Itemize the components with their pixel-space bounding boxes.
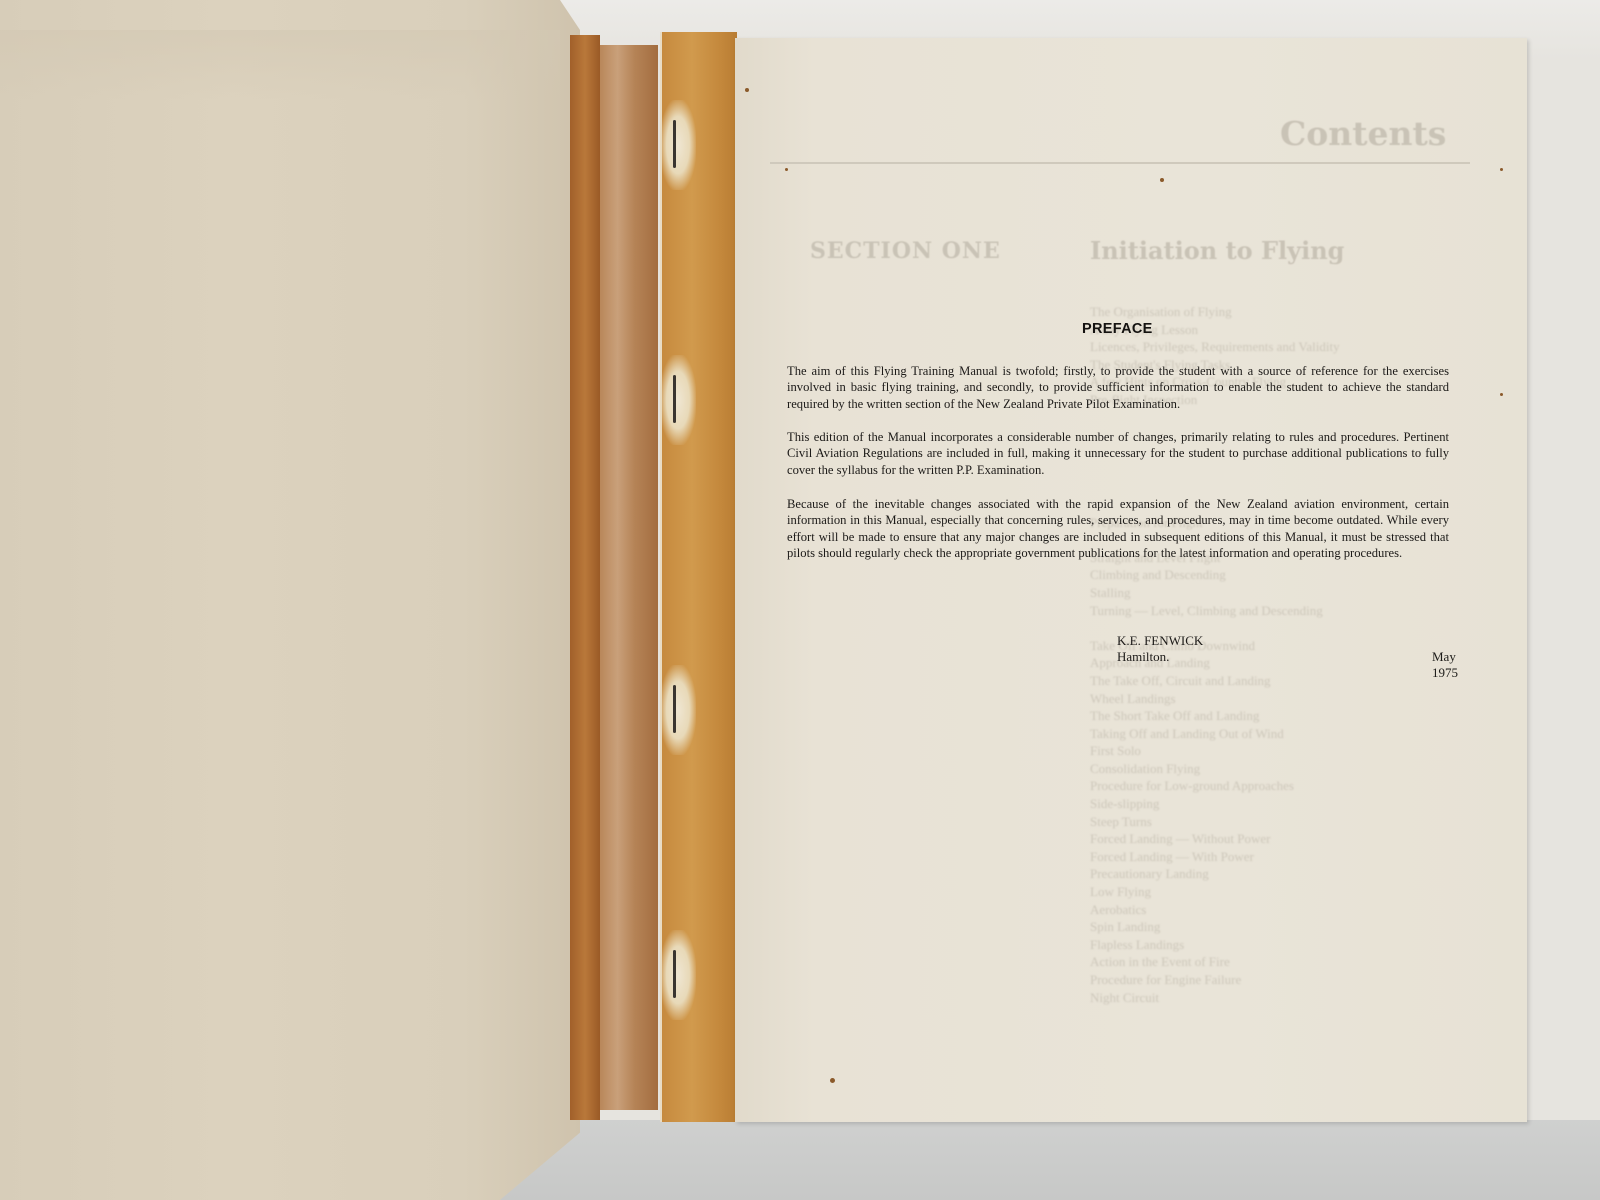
staple xyxy=(673,685,676,733)
foxing-spot xyxy=(1160,178,1164,182)
preface-title: PREFACE xyxy=(1082,321,1153,337)
show-through-section-title: Initiation to Flying xyxy=(1090,236,1344,265)
show-through-item: The Short Take Off and Landing xyxy=(1090,707,1470,725)
show-through-section-label: SECTION ONE xyxy=(810,238,1001,264)
preface-page: Contents SECTION ONE Initiation to Flyin… xyxy=(735,38,1527,1122)
show-through-item: Climbing and Descending xyxy=(1090,566,1470,584)
foxing-spot xyxy=(830,1078,835,1083)
show-through-item: Forced Landing — Without Power xyxy=(1090,830,1470,848)
show-through-item: Procedure for Low-ground Approaches xyxy=(1090,777,1470,795)
show-through-item: Steep Turns xyxy=(1090,813,1470,831)
show-through-item: Wheel Landings xyxy=(1090,690,1470,708)
foxing-spot xyxy=(1500,168,1503,171)
show-through-item: Turning — Level, Climbing and Descending xyxy=(1090,602,1470,620)
staple-rust-halo xyxy=(660,930,696,1020)
show-through-item: First Solo xyxy=(1090,742,1470,760)
show-through-item: Forced Landing — With Power xyxy=(1090,848,1470,866)
show-through-item: Taking Off and Landing Out of Wind xyxy=(1090,725,1470,743)
show-through-item: Stalling xyxy=(1090,584,1470,602)
show-through-rule xyxy=(770,162,1470,164)
staple-rust-halo xyxy=(660,355,696,445)
spine-outer xyxy=(570,35,600,1120)
show-through-item: The Organisation of Flying xyxy=(1090,303,1470,321)
spine-inner xyxy=(600,45,658,1110)
author-place: Hamilton. xyxy=(1117,649,1169,665)
show-through-contents-heading: Contents xyxy=(1280,114,1446,153)
show-through-item: The Take Off, Circuit and Landing xyxy=(1090,672,1470,690)
show-through-item: Side-slipping xyxy=(1090,795,1470,813)
show-through-item: Low Flying xyxy=(1090,883,1470,901)
author-name: K.E. FENWICK xyxy=(1117,633,1203,649)
foxing-spot xyxy=(745,88,749,92)
foxing-spot xyxy=(785,168,788,171)
show-through-item: Flapless Landings xyxy=(1090,936,1470,954)
preface-date: May 1975 xyxy=(1432,649,1458,682)
left-inside-cover xyxy=(0,0,580,1200)
staple-rust-halo xyxy=(660,665,696,755)
staple xyxy=(673,120,676,168)
preface-paragraph-2: This edition of the Manual incorporates … xyxy=(787,429,1449,478)
show-through-item: Night Circuit xyxy=(1090,989,1470,1007)
staple xyxy=(673,375,676,423)
foxing-spot xyxy=(1500,393,1503,396)
show-through-item: Consolidation Flying xyxy=(1090,760,1470,778)
show-through-item: Action in the Event of Fire xyxy=(1090,953,1470,971)
show-through-item: Procedure for Engine Failure xyxy=(1090,971,1470,989)
staple xyxy=(673,950,676,998)
preface-paragraph-3: Because of the inevitable changes associ… xyxy=(787,496,1449,562)
cover-crease xyxy=(0,30,560,100)
preface-paragraph-1: The aim of this Flying Training Manual i… xyxy=(787,363,1449,412)
show-through-item: Aerobatics xyxy=(1090,901,1470,919)
show-through-item: Spin Landing xyxy=(1090,918,1470,936)
staple-rust-halo xyxy=(660,100,696,190)
show-through-item: Licences, Privileges, Requirements and V… xyxy=(1090,338,1470,356)
show-through-item: Precautionary Landing xyxy=(1090,865,1470,883)
